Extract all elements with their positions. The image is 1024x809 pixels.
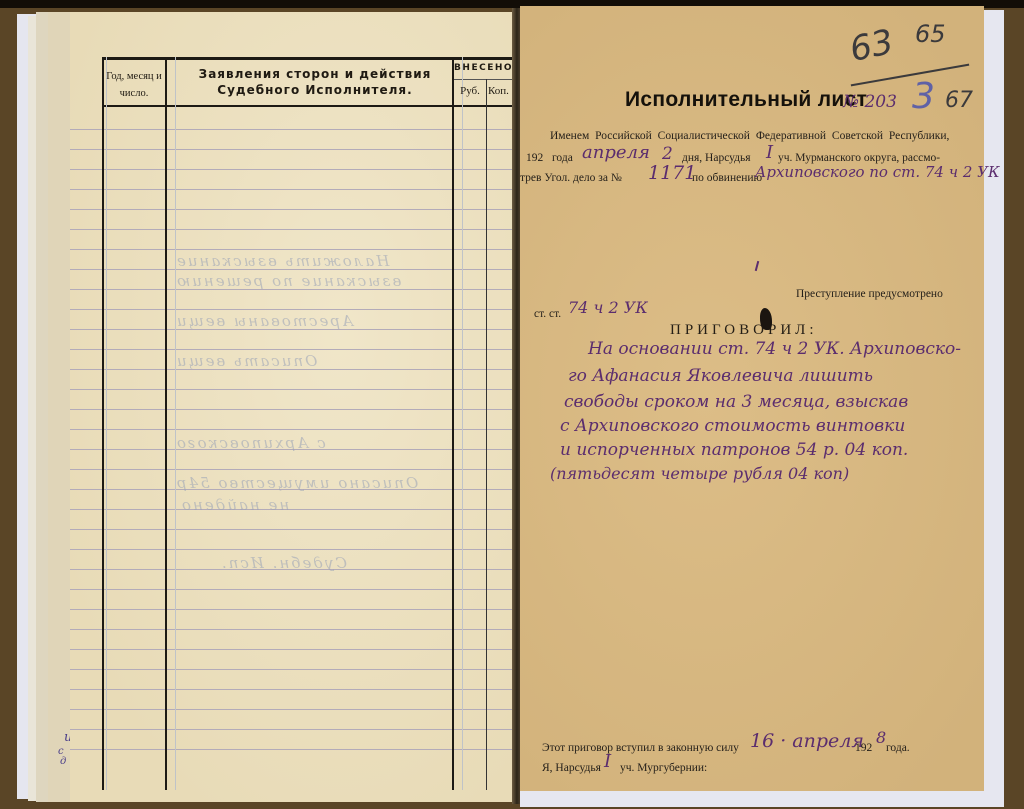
verdict-line: (пятьдесят четыре рубля 04 коп) <box>550 464 849 483</box>
bleed-through-text: с Архиповского <box>175 434 326 452</box>
handwritten-month: апреля <box>582 142 650 163</box>
bleed-through-text: Описать вещи <box>175 352 317 370</box>
handwritten-district: I <box>766 142 773 163</box>
bleed-through-text: не найдено <box>180 496 289 514</box>
table-col-divider <box>452 57 454 790</box>
right-page-writ: 63 65 3 67 Исполнительный лист № 203 Име… <box>520 6 984 791</box>
table-guide-line <box>175 57 176 790</box>
verdict-heading: ПРИГОВОРИЛ: <box>670 322 818 339</box>
handwritten-effective-date: 16 · апреля <box>750 730 864 752</box>
archive-number-top: 65 <box>915 20 946 48</box>
bleed-through-text: взыскание по решению <box>175 272 401 290</box>
verdict-line: го Афанасия Яковлевича лишить <box>568 366 873 386</box>
handwritten-year-digit: 8 <box>876 728 886 747</box>
case-prefix: трев Угол. дело за № <box>520 172 622 184</box>
ink-blot <box>760 308 772 330</box>
accusation-label: по обвинению <box>692 172 762 184</box>
handwritten-day: 2 <box>662 144 673 164</box>
table-border-left <box>102 57 104 790</box>
effective-label: Этот приговор вступил в законную силу <box>542 742 739 754</box>
verdict-line: свободы сроком на 3 месяца, взыскав <box>564 392 908 412</box>
document-title: Исполнительный лист <box>625 88 867 112</box>
verdict-line: На основании ст. 74 ч 2 УК. Архиповско- <box>588 339 961 359</box>
crime-label: Преступление предусмотрено <box>796 288 943 300</box>
effective-word-year: года. <box>886 742 910 754</box>
left-page-ledger: Год, месяц и число. Заявления сторон и д… <box>70 12 518 802</box>
bleed-through-text: Судебн. Исп. <box>220 554 347 572</box>
table-col-divider <box>165 57 167 790</box>
table-guide-line <box>106 57 107 790</box>
intro-line: Именем Российской Социалистической Федер… <box>550 130 949 142</box>
handwritten-judge-district: I <box>604 751 611 772</box>
ruled-lines <box>70 110 518 750</box>
table-guide-line <box>462 57 463 790</box>
header-paid: ВНЕСЕНО. <box>454 63 518 73</box>
header-rub: Руб. <box>454 85 486 97</box>
year-prefix: 192 <box>526 152 543 164</box>
bleed-through-text: Наложить взыскание <box>175 252 389 270</box>
effective-year-prefix: 192 <box>855 742 872 754</box>
handwritten-articles: 74 ч 2 УК <box>568 298 648 317</box>
articles-label: ст. ст. <box>534 308 561 320</box>
judge-rest: уч. Мургубернии: <box>620 762 707 774</box>
bleed-through-text: Арестованы вещи <box>175 312 353 330</box>
bleed-through-text: Описано имущество 54р <box>175 474 418 492</box>
ink-mark <box>755 261 760 271</box>
verdict-line: и испорченных патронов 54 р. 04 коп. <box>560 440 908 460</box>
margin-mark: д <box>60 756 66 767</box>
verdict-line: с Архиповского стоимость винтовки <box>560 416 905 436</box>
archive-number-crossed: 63 <box>846 22 897 70</box>
header-date: Год, месяц и число. <box>104 68 164 102</box>
archive-number-bottom: 67 <box>945 88 973 113</box>
document-number: № 203 <box>843 92 897 112</box>
judge-prefix: Я, Нарсудья <box>542 762 601 774</box>
handwritten-case-number: 1171 <box>648 162 696 184</box>
word-year: года <box>552 152 573 164</box>
header-statements: Заявления сторон и действия Судебного Ис… <box>180 66 450 98</box>
handwritten-accused: Архиповского по ст. 74 ч 2 УК <box>755 163 1000 181</box>
blue-pencil-mark: 3 <box>912 76 935 117</box>
table-col-divider <box>486 79 487 790</box>
